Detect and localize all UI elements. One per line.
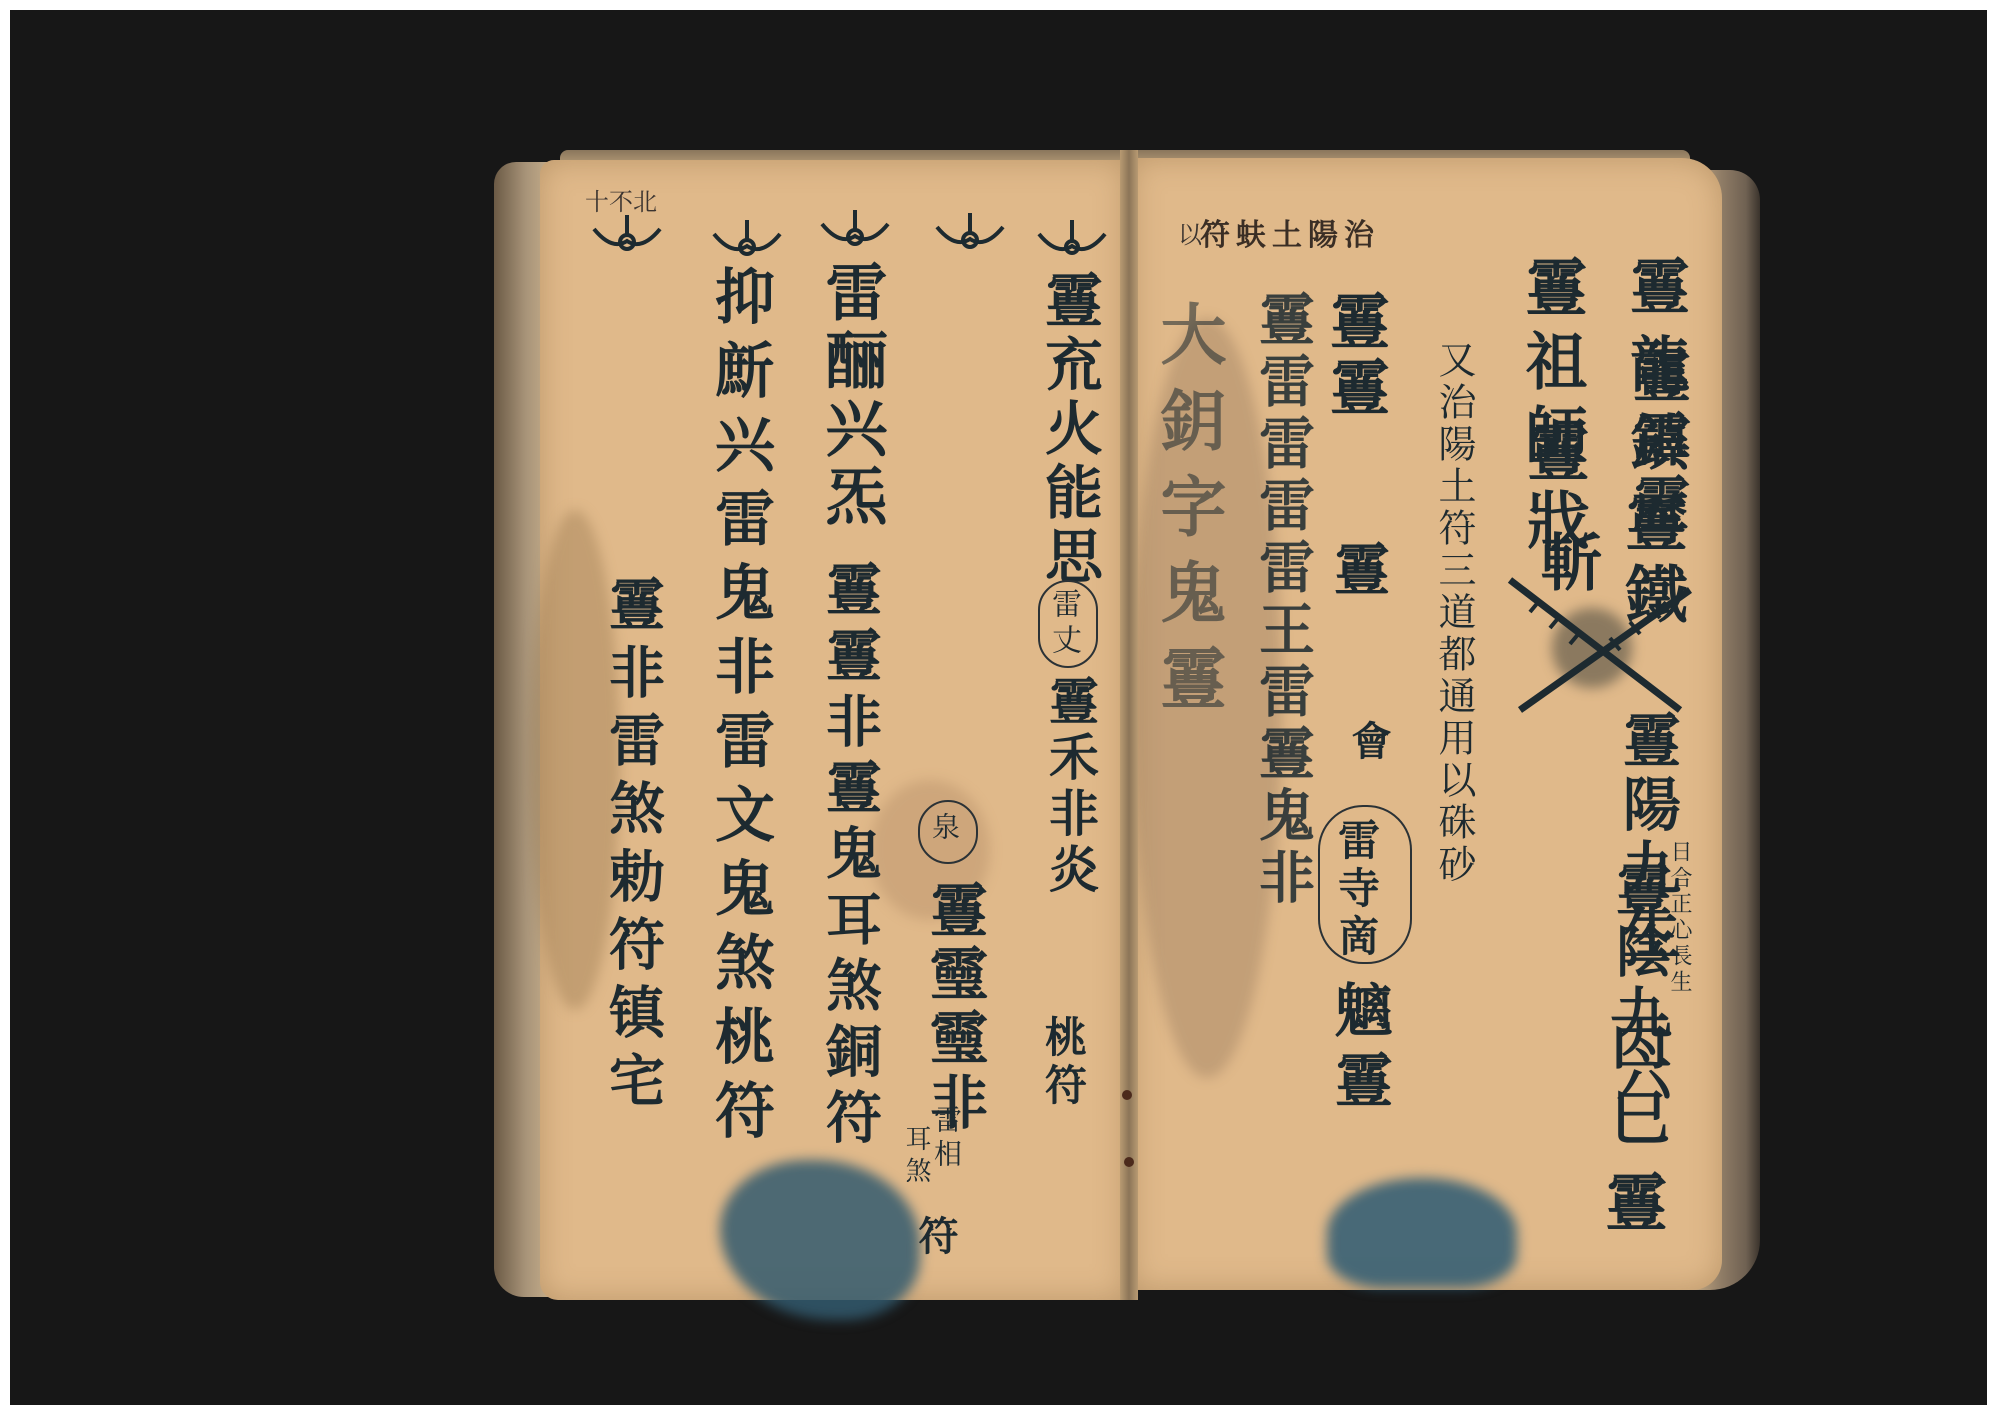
talisman-column-5: 𩂻雷㫂 — [605, 270, 665, 468]
talisman-column-d-2: 霻 — [1330, 540, 1386, 602]
talisman-column-2-footer: 符 — [915, 1215, 955, 1261]
seal-text: 雷丈 — [1048, 588, 1078, 660]
talisman-column-1: 霻㐬火能思 — [1040, 270, 1098, 590]
blue-ink-stain — [720, 1160, 920, 1320]
binding-hole — [1124, 1157, 1134, 1167]
talisman-column-e: 霻雷雷雷雷王雷霻鬼非 — [1255, 290, 1311, 910]
seal-oval-text: 雷寺啇 — [1335, 818, 1377, 962]
talisman-sigil-icon — [1037, 220, 1107, 260]
talisman-sigil-icon — [712, 220, 782, 260]
talisman-sigil-icon — [820, 210, 890, 250]
faded-talisman-column-f: 大鈅字鬼霻 — [1155, 300, 1221, 730]
talisman-column-d-3: 會 — [1348, 720, 1388, 766]
instruction-column: 又治陽土符三道都通用以硃砂 — [1435, 340, 1473, 886]
binding-hole — [1122, 1090, 1132, 1100]
talisman-sigil-icon — [592, 215, 662, 255]
talisman-column-d-5: 魑霻 — [1330, 980, 1388, 1120]
book-gutter — [1120, 150, 1138, 1300]
talisman-column-a-6: 丙巳 — [1605, 1010, 1665, 1162]
talisman-column-3: 雷酾兴炁 — [820, 260, 882, 532]
talisman-column-3-lower: 霻霻非霻鬼耳煞銅符 — [822, 560, 878, 1154]
talisman-column-1-footer: 桃符 — [1042, 1015, 1084, 1111]
talisman-column-5-lower: 霻非雷煞勅符镇宅 — [605, 575, 661, 1119]
talisman-annotation: 耳煞 — [903, 1125, 929, 1189]
page-header-extra: 以 — [1178, 215, 1202, 250]
seal-text: 泉 — [930, 812, 958, 846]
talisman-column-2: 𩂻抑㫂丈霰南鬼 — [930, 260, 992, 736]
blue-ink-stain — [1327, 1178, 1517, 1288]
side-note: 日合正心長生 — [1668, 840, 1690, 996]
manuscript-book: 北不十 霻㐬火能思 雷丈 霻禾非炎 桃符 𩂻抑㫂丈霰南鬼 泉 霻𩆜𩆜非 雷相 耳… — [0, 0, 2000, 1414]
talisman-column-1-lower: 霻禾非炎 — [1045, 675, 1095, 899]
talisman-column-a-7: 霻 — [1600, 1170, 1662, 1238]
talisman-column-d: 霻霻 — [1325, 290, 1385, 422]
talisman-sigil-icon — [935, 213, 1005, 253]
talisman-annotation: 雷相 — [932, 1105, 960, 1173]
page-header: 治陽土蚨符 — [1200, 210, 1380, 254]
talisman-column-2-lower: 霻𩆜𩆜非 — [925, 880, 983, 1136]
talisman-column-4: 抑㫂兴雷鬼非雷文鬼煞桃符 — [710, 265, 770, 1153]
corner-note: 北不十 — [585, 182, 657, 217]
crossed-sword-sigil-icon — [1500, 570, 1700, 720]
